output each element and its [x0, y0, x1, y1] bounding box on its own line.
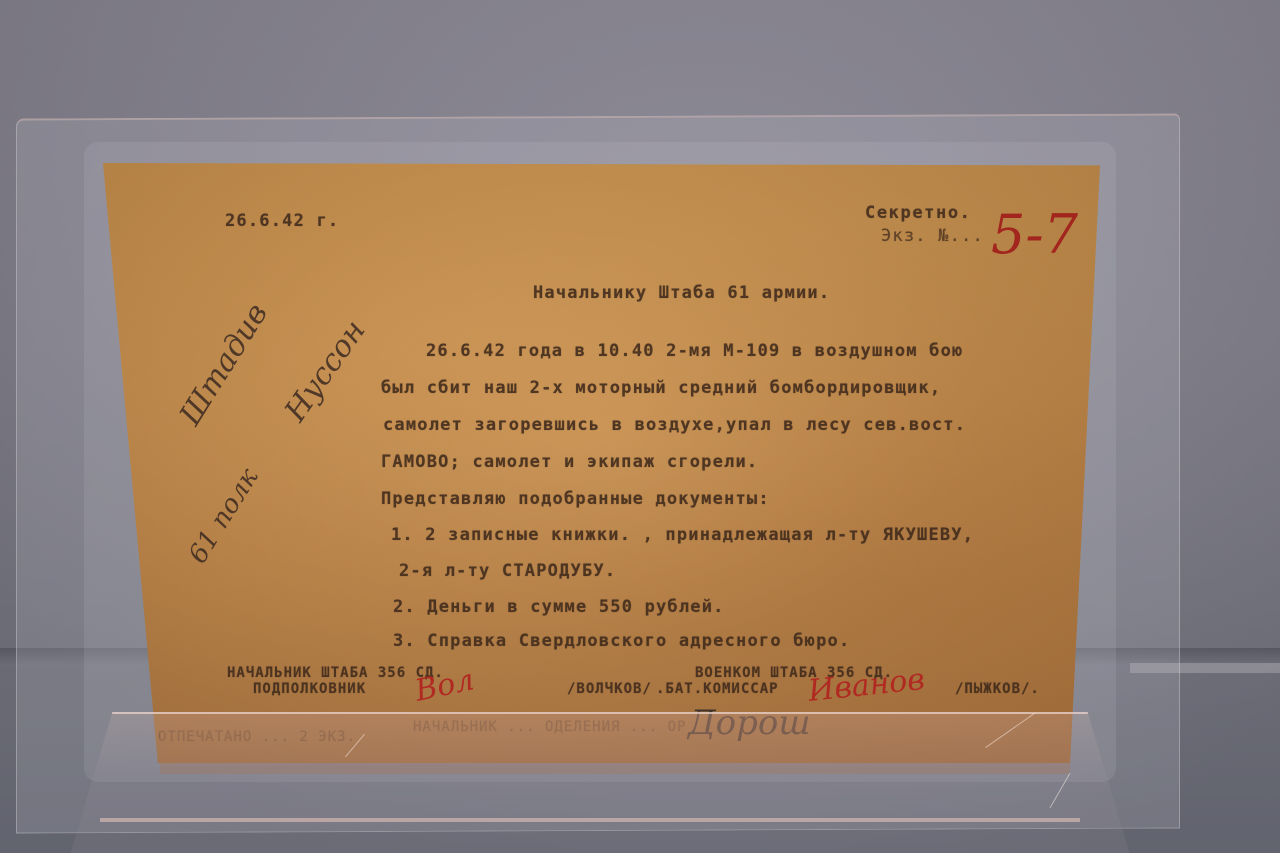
body-line: 26.6.42 года в 10.40 2-мя М-109 в воздуш…: [426, 341, 963, 361]
list-item: 1. 2 записные книжки. , принадлежащая л-…: [391, 525, 974, 545]
list-intro: Представляю подобранные документы:: [381, 489, 770, 509]
copy-number-label: Экз. №...: [881, 226, 984, 246]
document-paper: 26.6.42 г. Секретно. Экз. №... 5-7 Начал…: [103, 163, 1100, 763]
acrylic-stand-base: [70, 712, 1130, 853]
body-line: самолет загоревшись в воздухе,упал в лес…: [383, 415, 966, 435]
classification-mark: Секретно.: [865, 203, 972, 223]
list-item: 2-я л-ту СТАРОДУБУ.: [399, 561, 616, 581]
signer-right-name: /ПЫЖКОВ/.: [955, 681, 1040, 697]
signer-right-rank: .БАТ.КОМИССАР: [656, 681, 779, 697]
signer-left-title: НАЧАЛЬНИК ШТАБА 356 СД.: [227, 665, 444, 681]
list-item: 3. Справка Свердловского адресного бюро.: [393, 631, 850, 651]
signer-left-rank: ПОДПОЛКОВНИК: [253, 681, 366, 697]
body-line: ГАМОВО; самолет и экипаж сгорели.: [381, 452, 758, 472]
copy-number-handwritten: 5-7: [991, 203, 1078, 266]
stand-edge-highlight: [100, 818, 1080, 822]
signer-left-name: /ВОЛЧКОВ/: [567, 681, 652, 697]
body-line: был сбит наш 2-х моторный средний бомбор…: [381, 378, 941, 398]
document-addressee: Начальнику Штаба 61 армии.: [533, 283, 830, 303]
document-date: 26.6.42 г.: [225, 211, 339, 231]
list-item: 2. Деньги в сумме 550 рублей.: [393, 597, 725, 617]
